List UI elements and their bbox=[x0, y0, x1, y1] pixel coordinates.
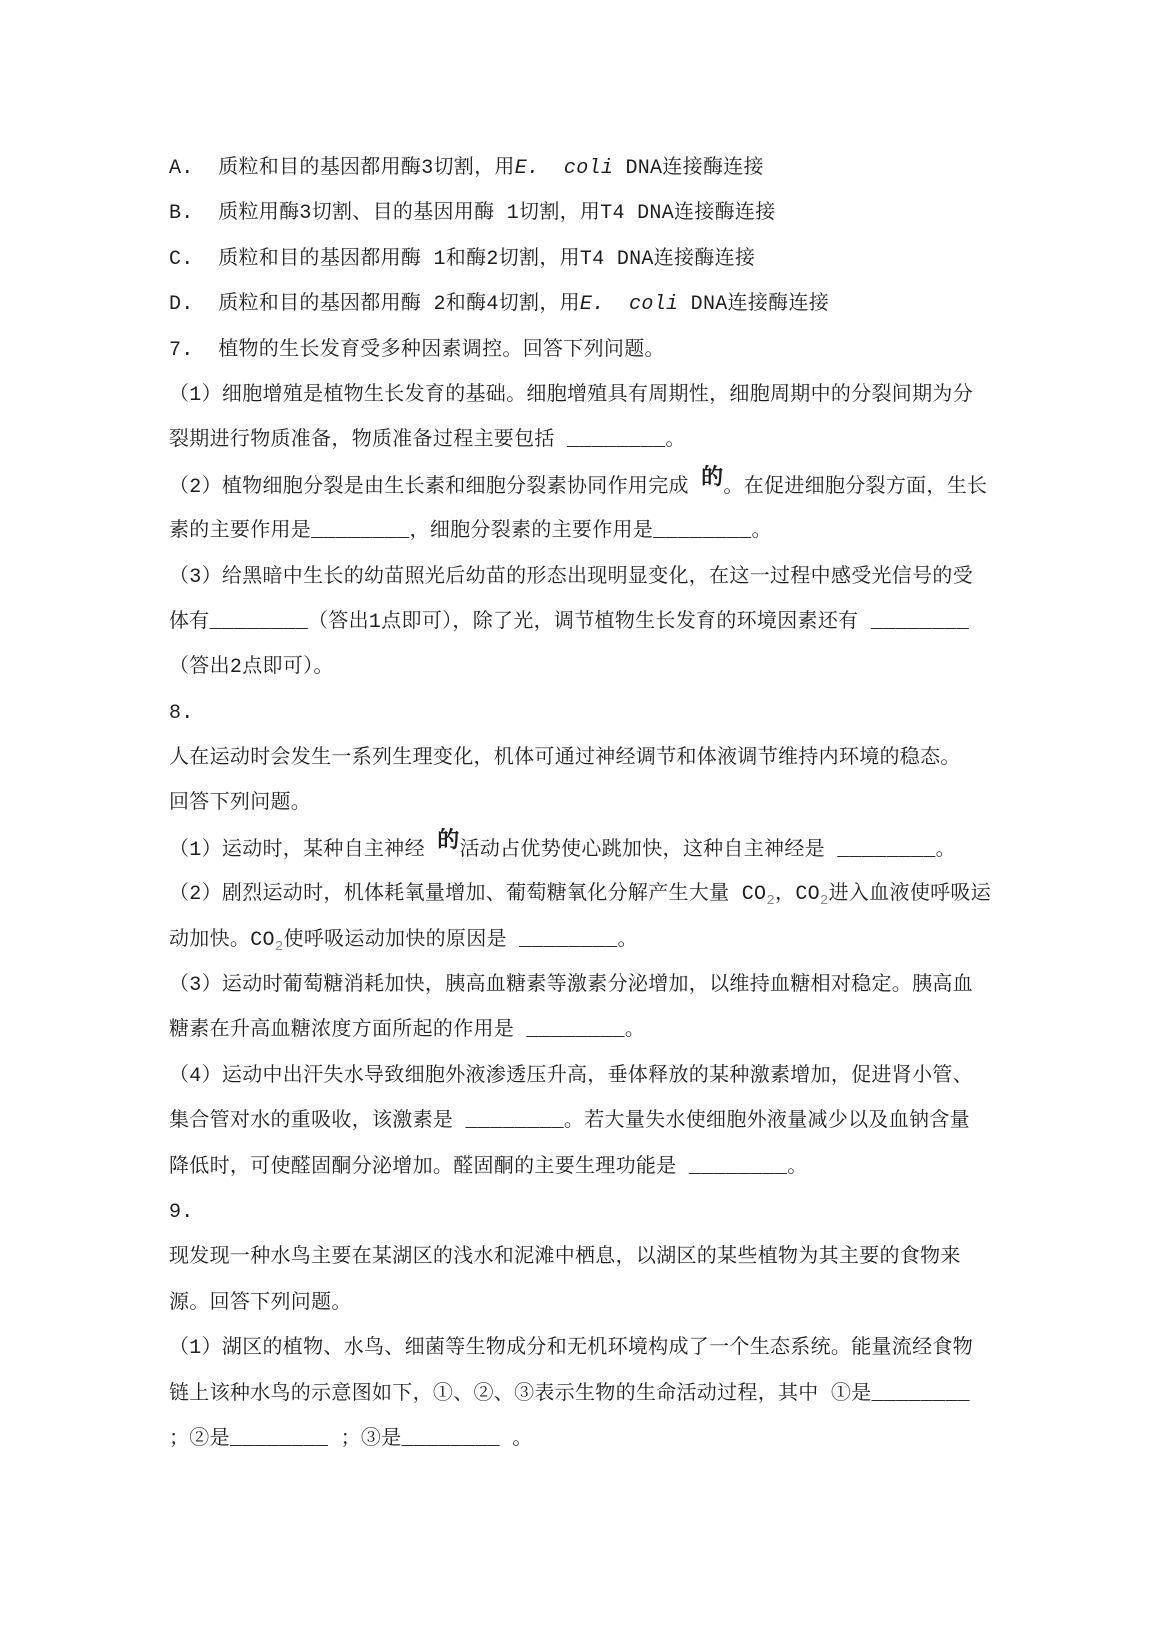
text-segment: （2）剧烈运动时，机体耗氧量增加、葡萄糖氧化分解产生大量 CO bbox=[169, 883, 766, 906]
co2-subscript: 2 bbox=[766, 893, 775, 909]
q8-part2-line2: 动加快。CO2使呼吸运动加快的原因是 ________。 bbox=[169, 918, 999, 963]
option-b-line: B. 质粒用酶3切割、目的基因用酶 1切割，用T4 DNA连接酶连接 bbox=[169, 191, 999, 236]
text-segment: 9. bbox=[169, 1201, 194, 1224]
co2-subscript: 2 bbox=[820, 893, 829, 909]
text-segment: （答出2点即可）。 bbox=[169, 656, 334, 679]
bold-raised-char: 的 bbox=[701, 466, 723, 491]
text-segment: 源。回答下列问题。 bbox=[169, 1292, 352, 1315]
q8-intro-line2: 回答下列问题。 bbox=[169, 781, 999, 826]
q9-intro-line1: 现发现一种水鸟主要在某湖区的浅水和泥滩中栖息，以湖区的某些植物为其主要的食物来 bbox=[169, 1235, 999, 1280]
text-segment: （4）运动中出汗失水导致细胞外液渗透压升高，垂体释放的某种激素增加，促进肾小管、 bbox=[169, 1065, 973, 1088]
text-segment: 素的主要作用是________，细胞分裂素的主要作用是________。 bbox=[169, 520, 772, 543]
question-9-number: 9. bbox=[169, 1190, 999, 1235]
q8-part2-line1: （2）剧烈运动时，机体耗氧量增加、葡萄糖氧化分解产生大量 CO2，CO2进入血液… bbox=[169, 872, 999, 917]
text-segment: 活动占优势使心跳加快，这种自主神经是 ________。 bbox=[460, 839, 956, 862]
text-segment: DNA连接酶连接 bbox=[613, 157, 764, 180]
q8-intro-line1: 人在运动时会发生一系列生理变化，机体可通过神经调节和体液调节维持内环境的稳态。 bbox=[169, 736, 999, 781]
italic-species-name: E. coli bbox=[515, 157, 613, 180]
q7-part2-line1: （2）植物细胞分裂是由生长素和细胞分裂素协同作用完成 的。在促进细胞分裂方面，生… bbox=[169, 464, 999, 509]
text-segment: DNA连接酶连接 bbox=[678, 293, 829, 316]
question-8-number: 8. bbox=[169, 691, 999, 736]
q7-part1-line2: 裂期进行物质准备，物质准备过程主要包括 ________。 bbox=[169, 418, 999, 463]
q7-part2-line2: 素的主要作用是________，细胞分裂素的主要作用是________。 bbox=[169, 509, 999, 554]
text-segment: 裂期进行物质准备，物质准备过程主要包括 ________。 bbox=[169, 429, 686, 452]
q8-part1-line1: （1）运动时，某种自主神经 的活动占优势使心跳加快，这种自主神经是 ______… bbox=[169, 827, 999, 872]
text-segment: （3）给黑暗中生长的幼苗照光后幼苗的形态出现明显变化，在这一过程中感受光信号的受 bbox=[169, 566, 973, 589]
q7-part1-line1: （1）细胞增殖是植物生长发育的基础。细胞增殖具有周期性，细胞周期中的分裂间期为分 bbox=[169, 373, 999, 418]
q9-intro-line2: 源。回答下列问题。 bbox=[169, 1281, 999, 1326]
text-segment: ，CO bbox=[775, 883, 820, 906]
q9-part1-line2: 链上该种水鸟的示意图如下，①、②、③表示生物的生命活动过程，其中 ①是_____… bbox=[169, 1372, 999, 1417]
q9-part1-line3: ；②是________ ；③是________ 。 bbox=[169, 1417, 999, 1462]
text-segment: （2）植物细胞分裂是由生长素和细胞分裂素协同作用完成 bbox=[169, 476, 701, 499]
text-segment: （1）细胞增殖是植物生长发育的基础。细胞增殖具有周期性，细胞周期中的分裂间期为分 bbox=[169, 384, 973, 407]
text-segment: （1）湖区的植物、水鸟、细菌等生物成分和无机环境构成了一个生态系统。能量流经食物 bbox=[169, 1337, 973, 1360]
option-c-line: C. 质粒和目的基因都用酶 1和酶2切割，用T4 DNA连接酶连接 bbox=[169, 237, 999, 282]
q9-part1-line1: （1）湖区的植物、水鸟、细菌等生物成分和无机环境构成了一个生态系统。能量流经食物 bbox=[169, 1326, 999, 1371]
document-page: A. 质粒和目的基因都用酶3切割，用E. coli DNA连接酶连接B. 质粒用… bbox=[169, 146, 999, 1462]
text-segment: （3）运动时葡萄糖消耗加快，胰高血糖素等激素分泌增加，以维持血糖相对稳定。胰高血 bbox=[169, 974, 973, 997]
text-segment: A. 质粒和目的基因都用酶3切割，用 bbox=[169, 157, 515, 180]
text-segment: 集合管对水的重吸收，该激素是 ________。若大量失水使细胞外液量减少以及血… bbox=[169, 1110, 970, 1133]
text-segment: 。在促进细胞分裂方面，生长 bbox=[723, 476, 987, 499]
q7-part3-line3: （答出2点即可）。 bbox=[169, 645, 999, 690]
question-7-stem: 7. 植物的生长发育受多种因素调控。回答下列问题。 bbox=[169, 328, 999, 373]
text-segment: 回答下列问题。 bbox=[169, 792, 311, 815]
text-segment: 8. bbox=[169, 702, 194, 725]
text-segment: B. 质粒用酶3切割、目的基因用酶 1切割，用T4 DNA连接酶连接 bbox=[169, 202, 776, 225]
q8-part4-line3: 降低时，可使醛固酮分泌增加。醛固酮的主要生理功能是 ________。 bbox=[169, 1145, 999, 1190]
bold-raised-char: 的 bbox=[437, 829, 459, 854]
text-segment: 使呼吸运动加快的原因是 ________。 bbox=[284, 929, 638, 952]
option-a-line: A. 质粒和目的基因都用酶3切割，用E. coli DNA连接酶连接 bbox=[169, 146, 999, 191]
q8-part3-line2: 糖素在升高血糖浓度方面所起的作用是 ________。 bbox=[169, 1008, 999, 1053]
text-segment: 体有________（答出1点即可），除了光，调节植物生长发育的环境因素还有 _… bbox=[169, 611, 969, 634]
text-segment: 现发现一种水鸟主要在某湖区的浅水和泥滩中栖息，以湖区的某些植物为其主要的食物来 bbox=[169, 1246, 961, 1269]
option-d-line: D. 质粒和目的基因都用酶 2和酶4切割，用E. coli DNA连接酶连接 bbox=[169, 282, 999, 327]
q7-part3-line2: 体有________（答出1点即可），除了光，调节植物生长发育的环境因素还有 _… bbox=[169, 600, 999, 645]
text-segment: 进入血液使呼吸运 bbox=[829, 883, 991, 906]
text-segment: 动加快。CO bbox=[169, 929, 275, 952]
q7-part3-line1: （3）给黑暗中生长的幼苗照光后幼苗的形态出现明显变化，在这一过程中感受光信号的受 bbox=[169, 555, 999, 600]
text-segment: 7. 植物的生长发育受多种因素调控。回答下列问题。 bbox=[169, 339, 665, 362]
q8-part3-line1: （3）运动时葡萄糖消耗加快，胰高血糖素等激素分泌增加，以维持血糖相对稳定。胰高血 bbox=[169, 963, 999, 1008]
text-segment: 人在运动时会发生一系列生理变化，机体可通过神经调节和体液调节维持内环境的稳态。 bbox=[169, 747, 961, 770]
q8-part4-line1: （4）运动中出汗失水导致细胞外液渗透压升高，垂体释放的某种激素增加，促进肾小管、 bbox=[169, 1054, 999, 1099]
text-segment: ；②是________ ；③是________ 。 bbox=[169, 1428, 533, 1451]
text-segment: 糖素在升高血糖浓度方面所起的作用是 ________。 bbox=[169, 1019, 645, 1042]
text-segment: C. 质粒和目的基因都用酶 1和酶2切割，用T4 DNA连接酶连接 bbox=[169, 248, 755, 271]
text-segment: 链上该种水鸟的示意图如下，①、②、③表示生物的生命活动过程，其中 ①是_____… bbox=[169, 1383, 970, 1406]
text-segment: （1）运动时，某种自主神经 bbox=[169, 839, 437, 862]
text-segment: 降低时，可使醛固酮分泌增加。醛固酮的主要生理功能是 ________。 bbox=[169, 1156, 808, 1179]
italic-species-name: E. coli bbox=[580, 293, 678, 316]
q8-part4-line2: 集合管对水的重吸收，该激素是 ________。若大量失水使细胞外液量减少以及血… bbox=[169, 1099, 999, 1144]
co2-subscript: 2 bbox=[275, 939, 284, 955]
text-segment: D. 质粒和目的基因都用酶 2和酶4切割，用 bbox=[169, 293, 580, 316]
